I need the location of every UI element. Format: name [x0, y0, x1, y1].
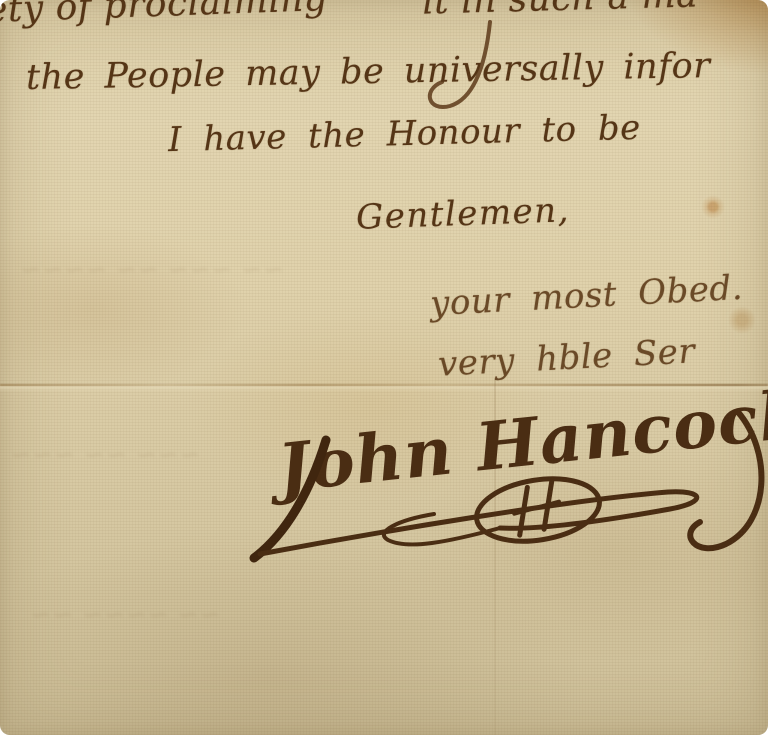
- bleedthrough-text: ~~ ~~~~ ~~: [30, 600, 221, 630]
- salutation-gentlemen: Gentlemen,: [355, 190, 570, 237]
- signature-block: John Hancock: [238, 382, 768, 582]
- signature-graphic: John Hancock: [238, 382, 768, 582]
- bleedthrough-text: ~~ ~~~ ~~ ~~~~: [20, 255, 284, 285]
- bleedthrough-text: ~~~ ~~ ~~~: [10, 440, 201, 470]
- signature-name-text: John Hancock: [263, 382, 768, 508]
- manuscript-photo: ~~ ~~~ ~~ ~~~~ ~~~ ~~ ~~~ ~~ ~~~~ ~~ ety…: [0, 0, 768, 735]
